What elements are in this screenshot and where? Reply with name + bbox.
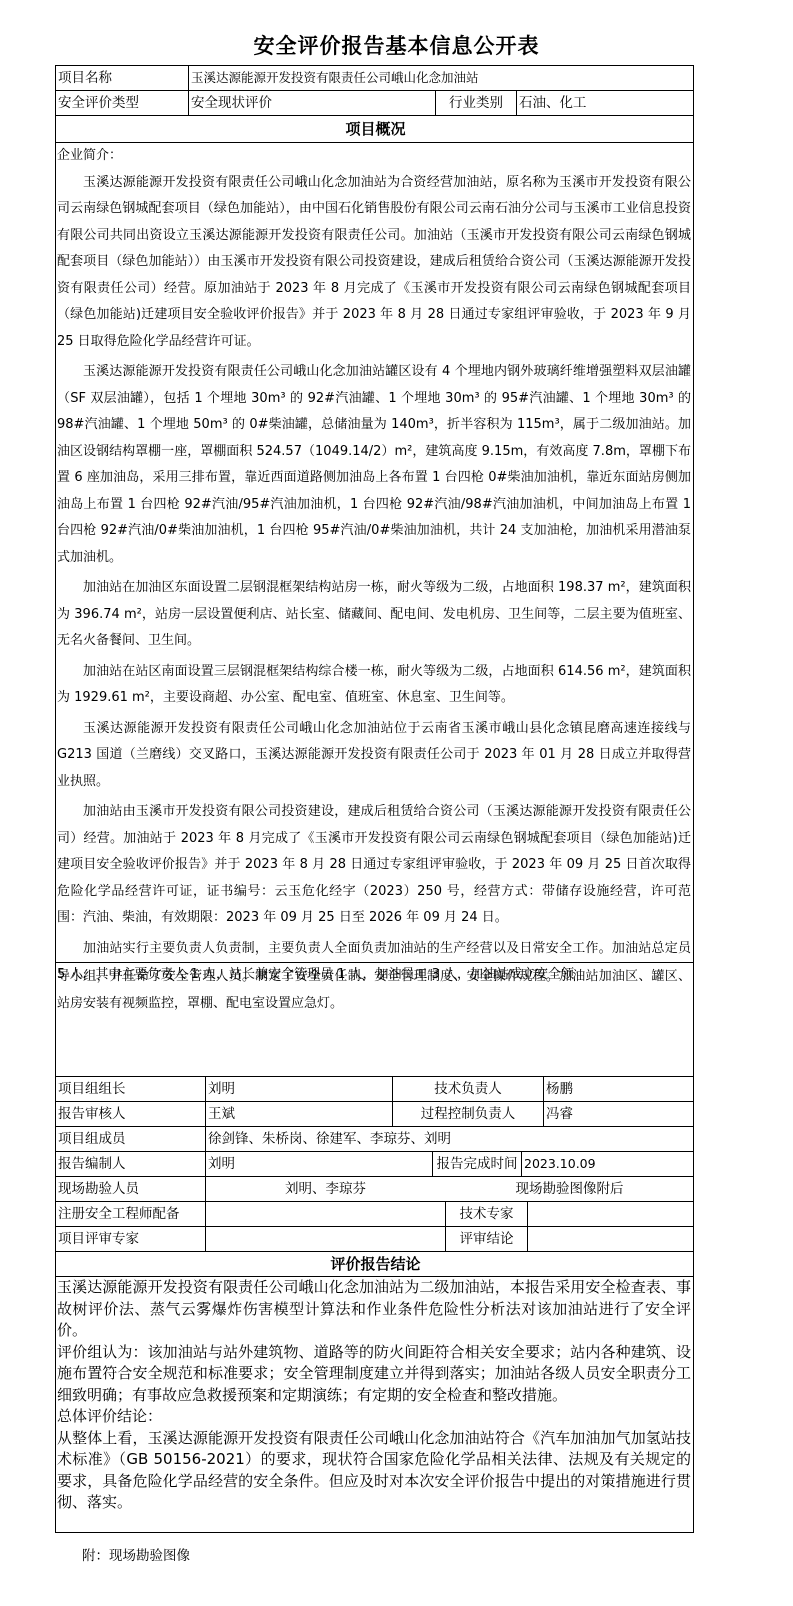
conclusion-paragraph: 从整体上看，玉溪达源能源开发投资有限责任公司峨山化念加油站符合《汽车加油加气加氢… <box>57 1428 691 1514</box>
complete-time-label: 报告完成时间 <box>433 1152 521 1176</box>
author-label: 报告编制人 <box>56 1152 205 1176</box>
eval-type-value: 安全现状评价 <box>189 91 435 115</box>
footnote: 附：现场勘验图像 <box>82 1544 190 1564</box>
overview-paragraph: 玉溪达源能源开发投资有限责任公司峨山化念加油站为合资经营加油站，原名称为玉溪市开… <box>57 170 691 356</box>
members-label: 项目组成员 <box>56 1127 205 1151</box>
review-conclusion-label: 评审结论 <box>446 1227 527 1251</box>
project-name-value: 玉溪达源能源开发投资有限责任公司峨山化念加油站 <box>189 66 693 90</box>
reviewer-label: 报告审核人 <box>56 1102 205 1126</box>
overview-paragraph: 玉溪达源能源开发投资有限责任公司峨山化念加油站位于云南省玉溪市峨山县化念镇昆磨高… <box>57 716 691 796</box>
intro-label: 企业简介： <box>57 143 691 170</box>
review-conclusion-value <box>528 1227 693 1251</box>
tech-expert-value <box>528 1202 693 1226</box>
tech-expert-label: 技术专家 <box>446 1202 527 1226</box>
overview-continuation: 导小组，并任命了安全管理人员。制定了安全责任制、安全管理制度、安全操作规程。加油… <box>57 964 691 1017</box>
tech-lead-label: 技术负责人 <box>393 1077 543 1101</box>
overview-paragraph: 加油站在站区南面设置三层钢混框架结构综合楼一栋，耐火等级为二级，占地面积 614… <box>57 659 691 712</box>
review-expert-value <box>206 1227 445 1251</box>
overview-paragraph: 加油站由玉溪市开发投资有限公司投资建设，建成后租赁给合资公司（玉溪达源能源开发投… <box>57 799 691 932</box>
overview-body: 企业简介： 玉溪达源能源开发投资有限责任公司峨山化念加油站为合资经营加油站，原名… <box>57 143 691 989</box>
industry-label: 行业类别 <box>436 91 516 115</box>
conclusion-paragraph: 总体评价结论： <box>57 1406 691 1428</box>
overview-paragraph: 玉溪达源能源开发投资有限责任公司峨山化念加油站罐区设有 4 个埋地内钢外玻璃纤维… <box>57 359 691 571</box>
leader-label: 项目组组长 <box>56 1077 205 1101</box>
industry-value: 石油、化工 <box>517 91 693 115</box>
conclusion-paragraph: 玉溪达源能源开发投资有限责任公司峨山化念加油站为二级加油站，本报告采用安全检查表… <box>57 1277 691 1342</box>
reviewer-value: 王斌 <box>206 1102 392 1126</box>
conclusion-paragraph: 评价组认为：该加油站与站外建筑物、道路等的防火间距符合相关安全要求；站内各种建筑… <box>57 1342 691 1407</box>
review-expert-label: 项目评审专家 <box>56 1227 205 1251</box>
overview-paragraph: 加油站在加油区东面设置二层钢混框架结构站房一栋，耐火等级为二级，占地面积 198… <box>57 575 691 655</box>
survey-note: 现场勘验图像附后 <box>446 1177 693 1201</box>
process-control-value: 冯睿 <box>544 1102 693 1126</box>
process-control-label: 过程控制负责人 <box>393 1102 543 1126</box>
survey-value: 刘明、李琼芬 <box>206 1177 445 1201</box>
conclusion-body: 玉溪达源能源开发投资有限责任公司峨山化念加油站为二级加油站，本报告采用安全检查表… <box>57 1277 691 1514</box>
overview-heading: 项目概况 <box>56 116 693 142</box>
tech-lead-value: 杨鹏 <box>544 1077 693 1101</box>
author-value: 刘明 <box>206 1152 432 1176</box>
project-name-label: 项目名称 <box>56 66 188 90</box>
engineer-label: 注册安全工程师配备 <box>56 1202 205 1226</box>
survey-label: 现场勘验人员 <box>56 1177 205 1201</box>
eval-type-label: 安全评价类型 <box>56 91 188 115</box>
engineer-value <box>206 1202 445 1226</box>
leader-value: 刘明 <box>206 1077 392 1101</box>
row-divider <box>55 1076 694 1077</box>
page-title: 安全评价报告基本信息公开表 <box>0 30 793 60</box>
members-value: 徐剑锋、朱桥岗、徐建军、李琼芬、刘明 <box>206 1127 693 1151</box>
row-divider <box>55 962 694 963</box>
overview-continuation-text: 导小组，并任命了安全管理人员。制定了安全责任制、安全管理制度、安全操作规程。加油… <box>57 964 691 1017</box>
conclusion-heading: 评价报告结论 <box>56 1252 693 1276</box>
complete-time-value: 2023.10.09 <box>522 1152 693 1176</box>
